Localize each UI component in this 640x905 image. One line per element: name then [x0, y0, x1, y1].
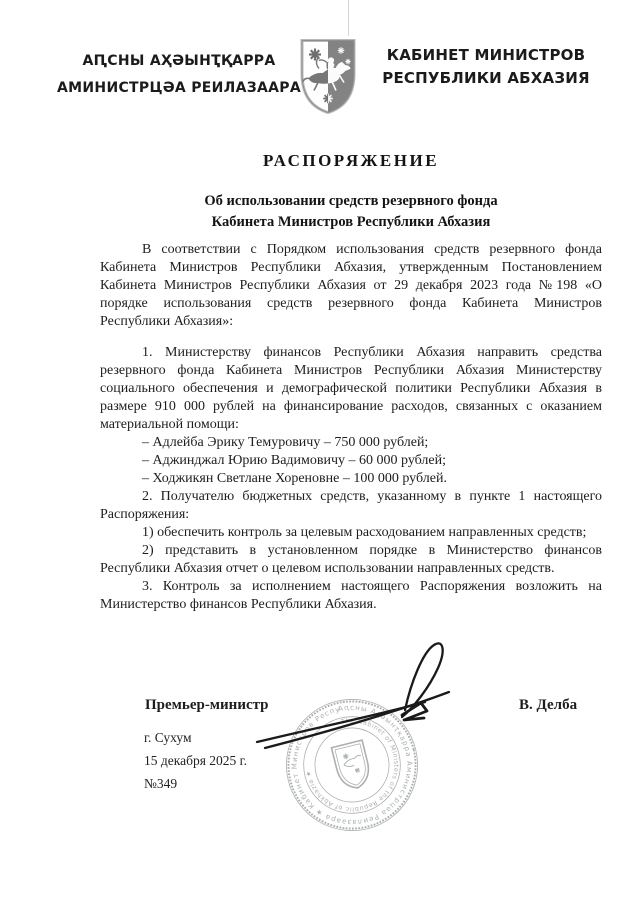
document-subject-line1: Об использовании средств резервного фонд… — [100, 191, 602, 212]
header-org-abkhaz: АԤСНЫ АҲӘЫНҬҚАРРА АМИНИСТРЦӘА РЕИЛАЗААРА — [50, 48, 308, 102]
document-page: АԤСНЫ АҲӘЫНҬҚАРРА АМИНИСТРЦӘА РЕИЛАЗААРА — [0, 0, 640, 905]
beneficiary-line: – Ходжикян Светлане Хореновне – 100 000 … — [100, 470, 602, 488]
header-org-russian: КАБИНЕТ МИНИСТРОВ РЕСПУБЛИКИ АБХАЗИЯ — [366, 44, 606, 90]
beneficiary-line: – Аджинджал Юрию Вадимовичу – 60 000 руб… — [100, 452, 602, 470]
point-1-paragraph: 1. Министерству финансов Республики Абха… — [100, 344, 602, 434]
document-subject-line2: Кабинета Министров Республики Абхазия — [100, 212, 602, 233]
header-org-abkhaz-line2: АМИНИСТРЦӘА РЕИЛАЗААРА — [50, 75, 308, 102]
document-body: В соответствии с Порядком использования … — [100, 241, 602, 614]
number-line: №349 — [144, 776, 177, 792]
scan-fold-line — [348, 0, 349, 36]
coat-of-arms-icon — [299, 37, 357, 116]
point-2-subitem-2: 2) представить в установленном порядке в… — [100, 542, 602, 578]
point-2-paragraph: 2. Получателю бюджетных средств, указанн… — [100, 488, 602, 524]
place-line: г. Сухум — [144, 730, 192, 746]
signer-name: В. Делба — [519, 697, 577, 714]
document-subject: Об использовании средств резервного фонд… — [100, 191, 602, 232]
document-title: РАСПОРЯЖЕНИЕ — [100, 151, 602, 171]
header-org-abkhaz-line1: АԤСНЫ АҲӘЫНҬҚАРРА — [50, 48, 308, 75]
signer-position: Премьер-министр — [145, 697, 269, 714]
signature-scribble-icon — [253, 630, 483, 765]
beneficiary-line: – Адлейба Эрику Темуровичу – 750 000 руб… — [100, 434, 602, 452]
point-3-paragraph: 3. Контроль за исполнением настоящего Ра… — [100, 578, 602, 614]
date-line: 15 декабря 2025 г. — [144, 753, 247, 769]
preamble-paragraph: В соответствии с Порядком использования … — [100, 241, 602, 331]
header-org-russian-line2: РЕСПУБЛИКИ АБХАЗИЯ — [366, 67, 606, 90]
point-2-subitem-1: 1) обеспечить контроль за целевым расход… — [100, 524, 602, 542]
header-org-russian-line1: КАБИНЕТ МИНИСТРОВ — [366, 44, 606, 67]
